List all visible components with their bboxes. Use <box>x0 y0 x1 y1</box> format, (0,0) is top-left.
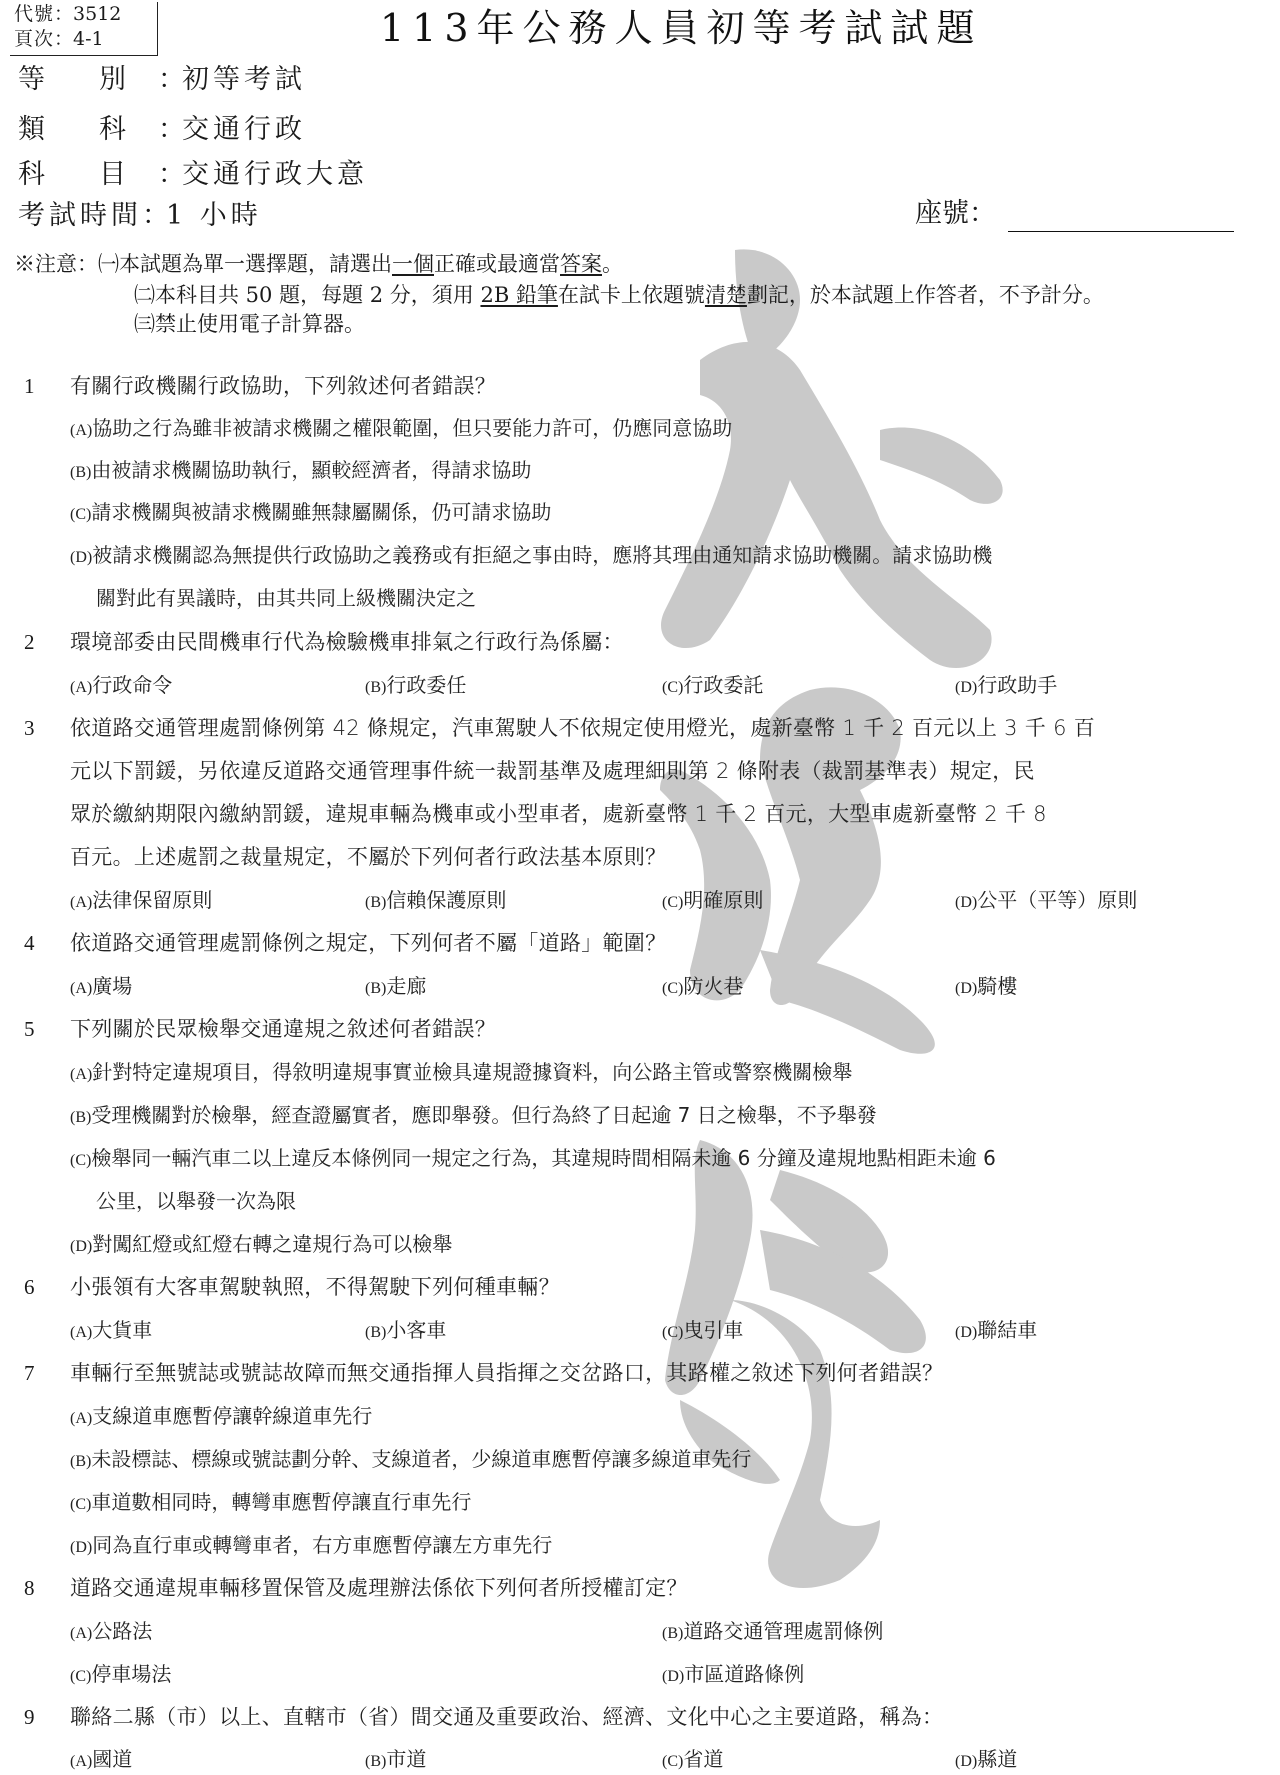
option-a[interactable]: (A)行政命令 <box>70 671 172 702</box>
option-b[interactable]: (B)市道 <box>365 1745 426 1775</box>
question-number: 8 <box>24 1574 35 1602</box>
notice-prefix: ※注意： <box>14 252 98 276</box>
meta-label: 考試時間 <box>18 198 142 234</box>
option-letter: (B) <box>365 894 386 911</box>
meta-value: 1 小時 <box>166 198 262 234</box>
option-d[interactable]: (D)被請求機關認為無提供行政協助之義務或有拒絕之事由時，應將其理由通知請求協助… <box>70 541 992 572</box>
option-text: 受理機關對於檢舉，經查證屬實者，應即舉發。但行為終了日起逾 7 日之檢舉，不予舉… <box>91 1103 876 1127</box>
option-d[interactable]: (D)騎樓 <box>955 972 1017 1003</box>
question-text: 小張領有大客車駕駛執照，不得駕駛下列何種車輛？ <box>70 1273 560 1301</box>
option-letter: (C) <box>70 1668 91 1685</box>
option-text: 行政助手 <box>977 673 1057 697</box>
page-row: 頁次：4-1 <box>14 27 157 52</box>
notice-underlined: 清楚 <box>705 283 747 307</box>
notice-text: 本試題為單一選擇題，請選出 <box>119 252 392 276</box>
question-number: 2 <box>24 628 35 656</box>
option-d[interactable]: (D)對闖紅燈或紅燈右轉之違規行為可以檢舉 <box>70 1230 452 1261</box>
meta-label: 等 別 <box>18 62 158 98</box>
option-letter: (C) <box>662 679 683 696</box>
option-letter: (C) <box>70 506 91 523</box>
option-c[interactable]: (C)檢舉同一輛汽車二以上違反本條例同一規定之行為，其違規時間相隔未逾 6 分鐘… <box>70 1144 996 1175</box>
option-letter: (A) <box>70 422 92 439</box>
notice-line-2: ㈡本科目共 50 題，每題 2 分，須用 2B 鉛筆在試卡上依題號清楚劃記，於本… <box>134 281 1104 309</box>
notice-text: 正確或最適當 <box>434 252 560 276</box>
option-text: 行政命令 <box>92 673 172 697</box>
option-text: 省道 <box>683 1747 723 1771</box>
option-text: 曳引車 <box>683 1318 743 1342</box>
option-d[interactable]: (D)聯結車 <box>955 1316 1037 1347</box>
option-c[interactable]: (C)請求機關與被請求機關雖無隸屬關係，仍可請求協助 <box>70 498 551 529</box>
option-b[interactable]: (B)行政委任 <box>365 671 466 702</box>
option-letter: (D) <box>70 1238 92 1255</box>
code-colon: ： <box>54 2 73 27</box>
notice-text: 禁止使用電子計算器。 <box>155 312 365 336</box>
option-letter: (A) <box>70 679 92 696</box>
option-b[interactable]: (B)走廊 <box>365 972 426 1003</box>
option-letter: (B) <box>365 1324 386 1341</box>
option-text: 公路法 <box>92 1619 152 1643</box>
option-letter: (D) <box>955 1753 977 1770</box>
option-text: 廣場 <box>92 974 132 998</box>
notice-num: ㈠ <box>98 252 119 276</box>
meta-colon: ： <box>158 112 182 148</box>
option-letter: (B) <box>662 1625 683 1642</box>
option-letter: (C) <box>662 894 683 911</box>
seat-label: 座號： <box>915 196 996 232</box>
option-letter: (A) <box>70 1625 92 1642</box>
option-letter: (A) <box>70 894 92 911</box>
option-d[interactable]: (D)公平（平等）原則 <box>955 886 1137 917</box>
meta-subject: 科 目：交通行政大意 <box>18 157 368 193</box>
notice-text: 劃記，於本試題上作答者，不予計分。 <box>747 283 1104 307</box>
question-number: 5 <box>24 1015 35 1043</box>
option-a[interactable]: (A)大貨車 <box>70 1316 152 1347</box>
meta-value: 初等考試 <box>182 62 306 98</box>
option-d[interactable]: (D)市區道路條例 <box>662 1660 804 1691</box>
option-d-continued: 關對此有異議時，由其共同上級機關決定之 <box>96 584 476 612</box>
option-text: 針對特定違規項目，得敘明違規事實並檢具違規證據資料，向公路主管或警察機關檢舉 <box>92 1060 852 1084</box>
question-text: 道路交通違規車輛移置保管及處理辦法係依下列何者所授權訂定？ <box>70 1574 688 1602</box>
option-letter: (B) <box>365 1753 386 1770</box>
option-text: 關對此有異議時，由其共同上級機關決定之 <box>96 586 476 610</box>
question-text: 依道路交通管理處罰條例之規定，下列何者不屬「道路」範圍？ <box>70 929 666 957</box>
option-c[interactable]: (C)省道 <box>662 1745 723 1775</box>
option-letter: (D) <box>955 980 977 997</box>
option-d[interactable]: (D)縣道 <box>955 1745 1017 1775</box>
option-letter: (B) <box>70 1109 91 1126</box>
exam-code-box: 代號：3512 頁次：4-1 <box>10 2 158 56</box>
page-value: 4-1 <box>73 27 104 52</box>
code-label: 代號 <box>14 2 54 27</box>
option-letter: (A) <box>70 1066 92 1083</box>
option-text: 同為直行車或轉彎車者，右方車應暫停讓左方車先行 <box>92 1533 552 1557</box>
option-text: 行政委任 <box>386 673 466 697</box>
question-text: 聯絡二縣（市）以上、直轄市（省）間交通及重要政治、經濟、文化中心之主要道路，稱為… <box>70 1703 943 1731</box>
page-colon: ： <box>54 27 73 52</box>
option-text: 支線道車應暫停讓幹線道車先行 <box>92 1404 372 1428</box>
option-letter: (C) <box>662 980 683 997</box>
option-text: 對闖紅燈或紅燈右轉之違規行為可以檢舉 <box>92 1232 452 1256</box>
option-a[interactable]: (A)國道 <box>70 1745 132 1775</box>
option-b[interactable]: (B)由被請求機關協助執行，顯較經濟者，得請求協助 <box>70 456 531 487</box>
notice-text: 本科目共 50 題，每題 2 分，須用 <box>155 283 480 307</box>
option-c[interactable]: (C)行政委託 <box>662 671 763 702</box>
option-letter: (D) <box>955 894 977 911</box>
option-text: 行政委託 <box>683 673 763 697</box>
option-c[interactable]: (C)防火巷 <box>662 972 743 1003</box>
option-letter: (B) <box>365 679 386 696</box>
option-letter: (A) <box>70 980 92 997</box>
meta-value: 交通行政 <box>182 112 306 148</box>
notice-num: ㈢ <box>134 312 155 336</box>
option-d[interactable]: (D)同為直行車或轉彎車者，右方車應暫停讓左方車先行 <box>70 1531 552 1562</box>
option-text: 被請求機關認為無提供行政協助之義務或有拒絕之事由時，應將其理由通知請求協助機關。… <box>92 543 992 567</box>
option-c[interactable]: (C)明確原則 <box>662 886 763 917</box>
option-c[interactable]: (C)停車場法 <box>70 1660 171 1691</box>
question-number: 3 <box>24 714 35 742</box>
option-text: 檢舉同一輛汽車二以上違反本條例同一規定之行為，其違規時間相隔未逾 6 分鐘及違規… <box>91 1146 996 1170</box>
option-letter: (C) <box>70 1496 91 1513</box>
question-number: 4 <box>24 929 35 957</box>
question-text: 車輛行至無號誌或號誌故障而無交通指揮人員指揮之交岔路口，其路權之敘述下列何者錯誤… <box>70 1359 943 1387</box>
question-number: 1 <box>24 372 35 400</box>
notice-line-3: ㈢禁止使用電子計算器。 <box>134 310 365 338</box>
notice-underlined: 一個 <box>392 252 434 276</box>
option-b[interactable]: (B)信賴保護原則 <box>365 886 506 917</box>
option-text: 走廊 <box>386 974 426 998</box>
option-text: 市區道路條例 <box>684 1662 804 1686</box>
notice-underlined: 2B 鉛筆 <box>480 283 557 307</box>
option-letter: (D) <box>662 1668 684 1685</box>
option-letter: (B) <box>70 464 91 481</box>
notice-text: 在試卡上依題號 <box>558 283 705 307</box>
option-text: 停車場法 <box>91 1662 171 1686</box>
option-a[interactable]: (A)廣場 <box>70 972 132 1003</box>
meta-duration: 考試時間：1 小時 <box>18 198 262 234</box>
option-letter: (A) <box>70 1324 92 1341</box>
option-text: 聯結車 <box>977 1318 1037 1342</box>
meta-label: 類 科 <box>18 112 158 148</box>
seat-number-blank[interactable] <box>1008 203 1234 232</box>
seat-number-field: 座號： <box>915 196 1234 232</box>
option-text: 市道 <box>386 1747 426 1771</box>
option-a[interactable]: (A)公路法 <box>70 1617 152 1648</box>
page-label: 頁次 <box>14 27 54 52</box>
meta-category: 類 科：交通行政 <box>18 112 306 148</box>
option-text: 縣道 <box>977 1747 1017 1771</box>
option-c-continued: 公里，以舉發一次為限 <box>96 1187 296 1215</box>
notice-num: ㈡ <box>134 283 155 307</box>
meta-colon: ： <box>142 198 166 234</box>
option-a[interactable]: (A)支線道車應暫停讓幹線道車先行 <box>70 1402 372 1433</box>
code-row: 代號：3512 <box>14 2 157 27</box>
option-a[interactable]: (A)針對特定違規項目，得敘明違規事實並檢具違規證據資料，向公路主管或警察機關檢… <box>70 1058 852 1089</box>
option-b[interactable]: (B)小客車 <box>365 1316 446 1347</box>
option-a[interactable]: (A)協助之行為雖非被請求機關之權限範圍，但只要能力許可，仍應同意協助 <box>70 414 732 445</box>
option-text: 由被請求機關協助執行，顯較經濟者，得請求協助 <box>91 458 531 482</box>
meta-grade: 等 別：初等考試 <box>18 62 306 98</box>
meta-label: 科 目 <box>18 157 158 193</box>
question-text: 有關行政機關行政協助，下列敘述何者錯誤？ <box>70 372 496 400</box>
option-text: 防火巷 <box>683 974 743 998</box>
option-text: 大貨車 <box>92 1318 152 1342</box>
question-text-continued: 眾於繳納期限內繳納罰鍰，違規車輛為機車或小型車者，處新臺幣 1 千 2 百元，大… <box>70 800 1047 828</box>
option-text: 騎樓 <box>977 974 1017 998</box>
option-letter: (A) <box>70 1410 92 1427</box>
option-letter: (D) <box>955 679 977 696</box>
option-text: 請求機關與被請求機關雖無隸屬關係，仍可請求協助 <box>91 500 551 524</box>
option-text: 道路交通管理處罰條例 <box>683 1619 883 1643</box>
notice-line-1: ※注意：㈠本試題為單一選擇題，請選出一個正確或最適當答案。 <box>14 250 623 278</box>
option-b[interactable]: (B)受理機關對於檢舉，經查證屬實者，應即舉發。但行為終了日起逾 7 日之檢舉，… <box>70 1101 877 1132</box>
option-a[interactable]: (A)法律保留原則 <box>70 886 212 917</box>
notice-underlined: 答案 <box>560 252 602 276</box>
option-text: 法律保留原則 <box>92 888 212 912</box>
question-text: 依道路交通管理處罰條例第 42 條規定，汽車駕駛人不依規定使用燈光，處新臺幣 1… <box>70 714 1095 742</box>
code-value: 3512 <box>73 2 121 27</box>
option-letter: (A) <box>70 1753 92 1770</box>
question-text-continued: 元以下罰鍰，另依違反道路交通管理事件統一裁罰基準及處理細則第 2 條附表（裁罰基… <box>70 757 1035 785</box>
option-text: 協助之行為雖非被請求機關之權限範圍，但只要能力許可，仍應同意協助 <box>92 416 732 440</box>
option-text: 小客車 <box>386 1318 446 1342</box>
meta-value: 交通行政大意 <box>182 157 368 193</box>
option-c[interactable]: (C)車道數相同時，轉彎車應暫停讓直行車先行 <box>70 1488 471 1519</box>
option-d[interactable]: (D)行政助手 <box>955 671 1057 702</box>
option-letter: (B) <box>70 1453 91 1470</box>
option-text: 公平（平等）原則 <box>977 888 1137 912</box>
option-text: 車道數相同時，轉彎車應暫停讓直行車先行 <box>91 1490 471 1514</box>
question-number: 9 <box>24 1703 35 1731</box>
exam-page: 代號：3512 頁次：4-1 113年公務人員初等考試試題 等 別：初等考試 類… <box>0 0 1280 1775</box>
option-letter: (C) <box>662 1753 683 1770</box>
option-b[interactable]: (B)未設標誌、標線或號誌劃分幹、支線道者，少線道車應暫停讓多線道車先行 <box>70 1445 751 1476</box>
exam-title: 113年公務人員初等考試試題 <box>380 4 983 52</box>
option-text: 國道 <box>92 1747 132 1771</box>
option-text: 明確原則 <box>683 888 763 912</box>
option-c[interactable]: (C)曳引車 <box>662 1316 743 1347</box>
option-letter: (C) <box>70 1152 91 1169</box>
meta-colon: ： <box>158 62 182 98</box>
question-text: 環境部委由民間機車行代為檢驗機車排氣之行政行為係屬： <box>70 628 624 656</box>
meta-colon: ： <box>158 157 182 193</box>
question-number: 7 <box>24 1359 35 1387</box>
option-letter: (B) <box>365 980 386 997</box>
option-letter: (D) <box>70 549 92 566</box>
option-text: 公里，以舉發一次為限 <box>96 1189 296 1213</box>
option-letter: (D) <box>70 1539 92 1556</box>
option-text: 信賴保護原則 <box>386 888 506 912</box>
question-text: 下列關於民眾檢舉交通違規之敘述何者錯誤？ <box>70 1015 496 1043</box>
option-letter: (C) <box>662 1324 683 1341</box>
question-text-continued: 百元。上述處罰之裁量規定，不屬於下列何者行政法基本原則？ <box>70 843 666 871</box>
option-text: 未設標誌、標線或號誌劃分幹、支線道者，少線道車應暫停讓多線道車先行 <box>91 1447 751 1471</box>
option-letter: (D) <box>955 1324 977 1341</box>
notice-text: 。 <box>602 252 623 276</box>
option-b[interactable]: (B)道路交通管理處罰條例 <box>662 1617 883 1648</box>
question-number: 6 <box>24 1273 35 1301</box>
